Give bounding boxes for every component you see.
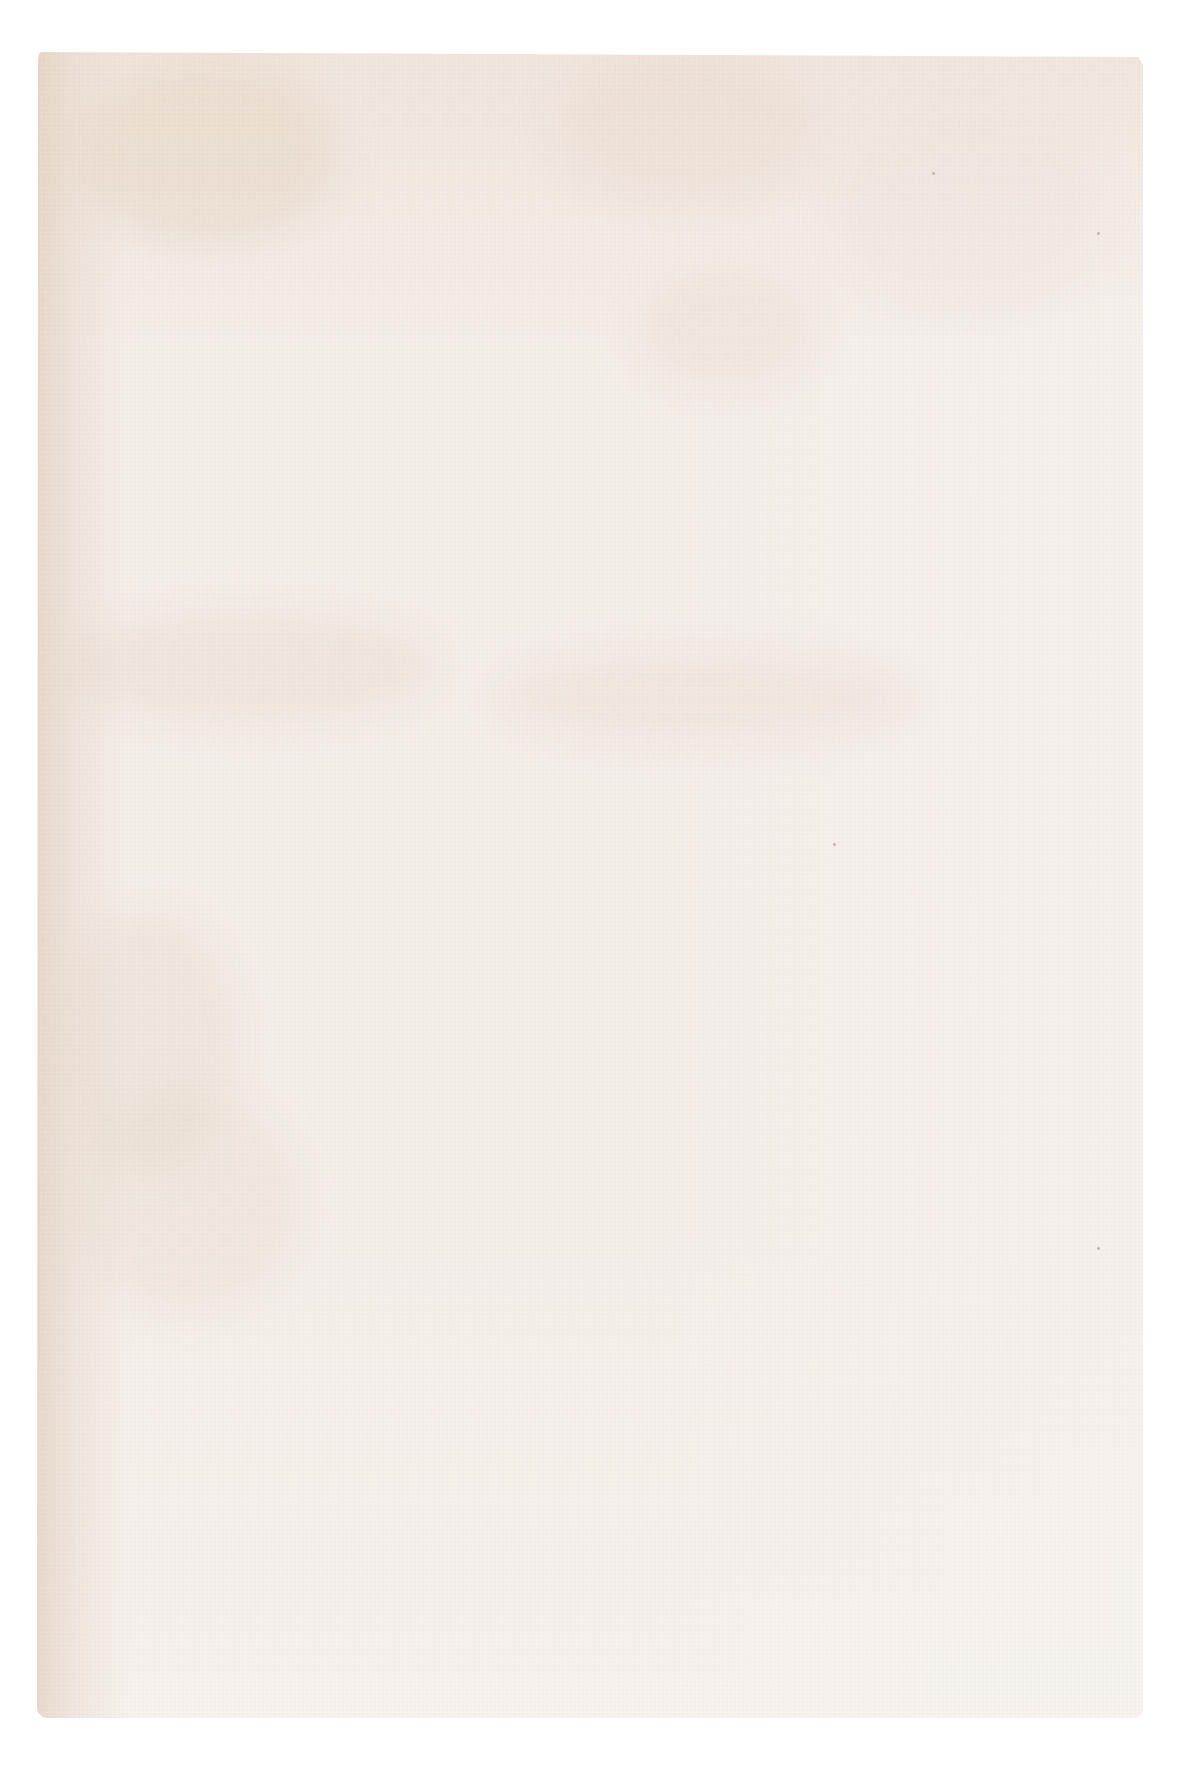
rug-fleck [1097, 1247, 1100, 1250]
rug-fleck [1097, 232, 1100, 235]
cream-rug [37, 52, 1143, 1718]
rug-fleck [833, 843, 836, 846]
rug-pile-texture [37, 52, 1143, 1718]
rug-fleck [932, 172, 935, 175]
photo-scene [0, 0, 1181, 1772]
